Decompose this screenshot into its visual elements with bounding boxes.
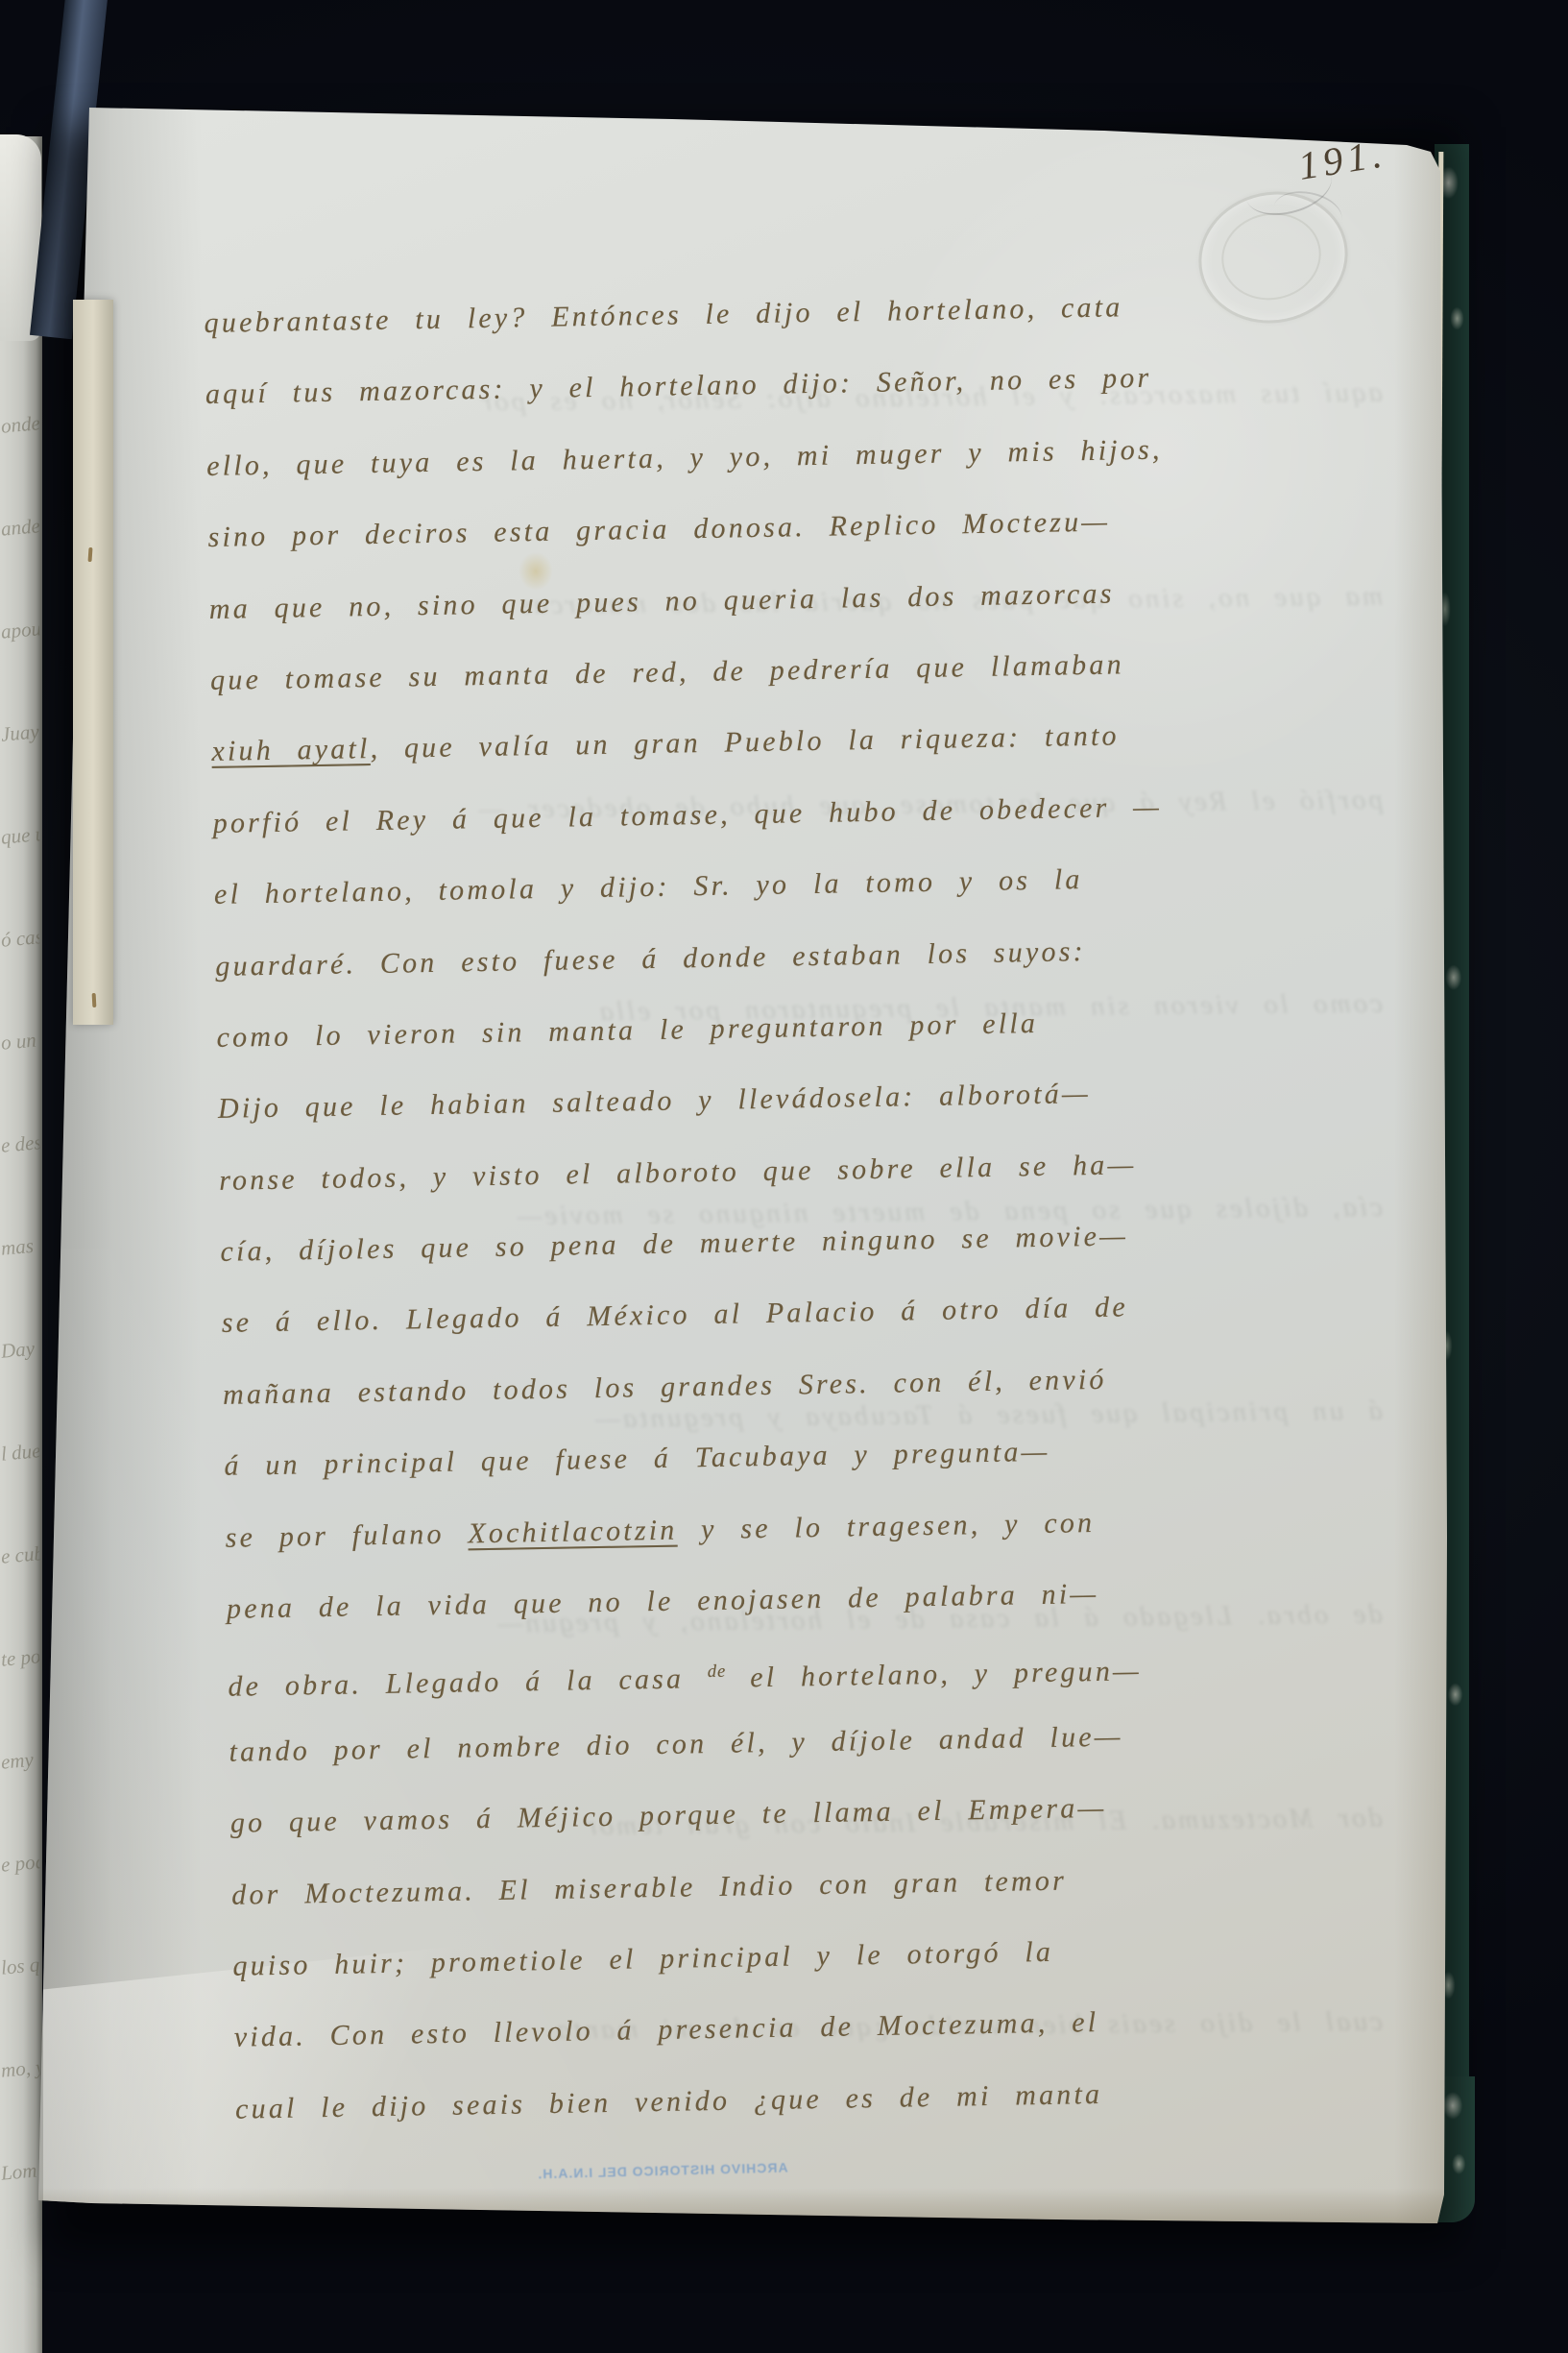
margin-fragment: mo, y a bbox=[0, 2055, 40, 2082]
margin-fragment: o un bbox=[0, 1028, 40, 1055]
binding-stitch bbox=[87, 547, 92, 562]
manuscript-page: aquí tus mazorcas: y el hortelano dijo: … bbox=[0, 0, 1568, 2353]
margin-fragment: ande bbox=[0, 514, 40, 541]
margin-fragment: e cub bbox=[0, 1541, 40, 1568]
margin-fragment: e pode bbox=[0, 1850, 40, 1877]
binding-guard-strip bbox=[73, 300, 113, 1025]
margin-fragment: que u bbox=[0, 822, 40, 849]
margin-fragment: e des bbox=[0, 1130, 40, 1157]
archive-stamp: ARCHIVO HISTORICO DEL I.N.A.H. bbox=[523, 2149, 803, 2192]
underlined-term: Xochitlacotzin bbox=[468, 1514, 678, 1549]
manuscript-text-block: quebrantaste tu ley? Entónces le dijo el… bbox=[204, 267, 1456, 2146]
margin-fragment: te po bbox=[0, 1644, 40, 1671]
underlined-term: xiuh ayatl bbox=[211, 733, 371, 767]
binding-stitch bbox=[92, 993, 97, 1007]
margin-fragment: onde bbox=[0, 411, 40, 438]
superscript-insertion: de bbox=[708, 1662, 727, 1682]
margin-fragment: Day t bbox=[0, 1336, 40, 1363]
margin-fragment: ó cas bbox=[0, 925, 40, 952]
margin-fragment: emy bbox=[0, 1747, 40, 1774]
margin-fragment: l due bbox=[0, 1439, 40, 1466]
margin-fragment: Juay bbox=[0, 719, 40, 746]
margin-fragment: apou bbox=[0, 617, 40, 643]
margin-fragment: los que bbox=[0, 1953, 40, 1979]
margin-fragment: mas bbox=[0, 1233, 40, 1260]
margin-fragment: Lom bbox=[0, 2158, 40, 2185]
